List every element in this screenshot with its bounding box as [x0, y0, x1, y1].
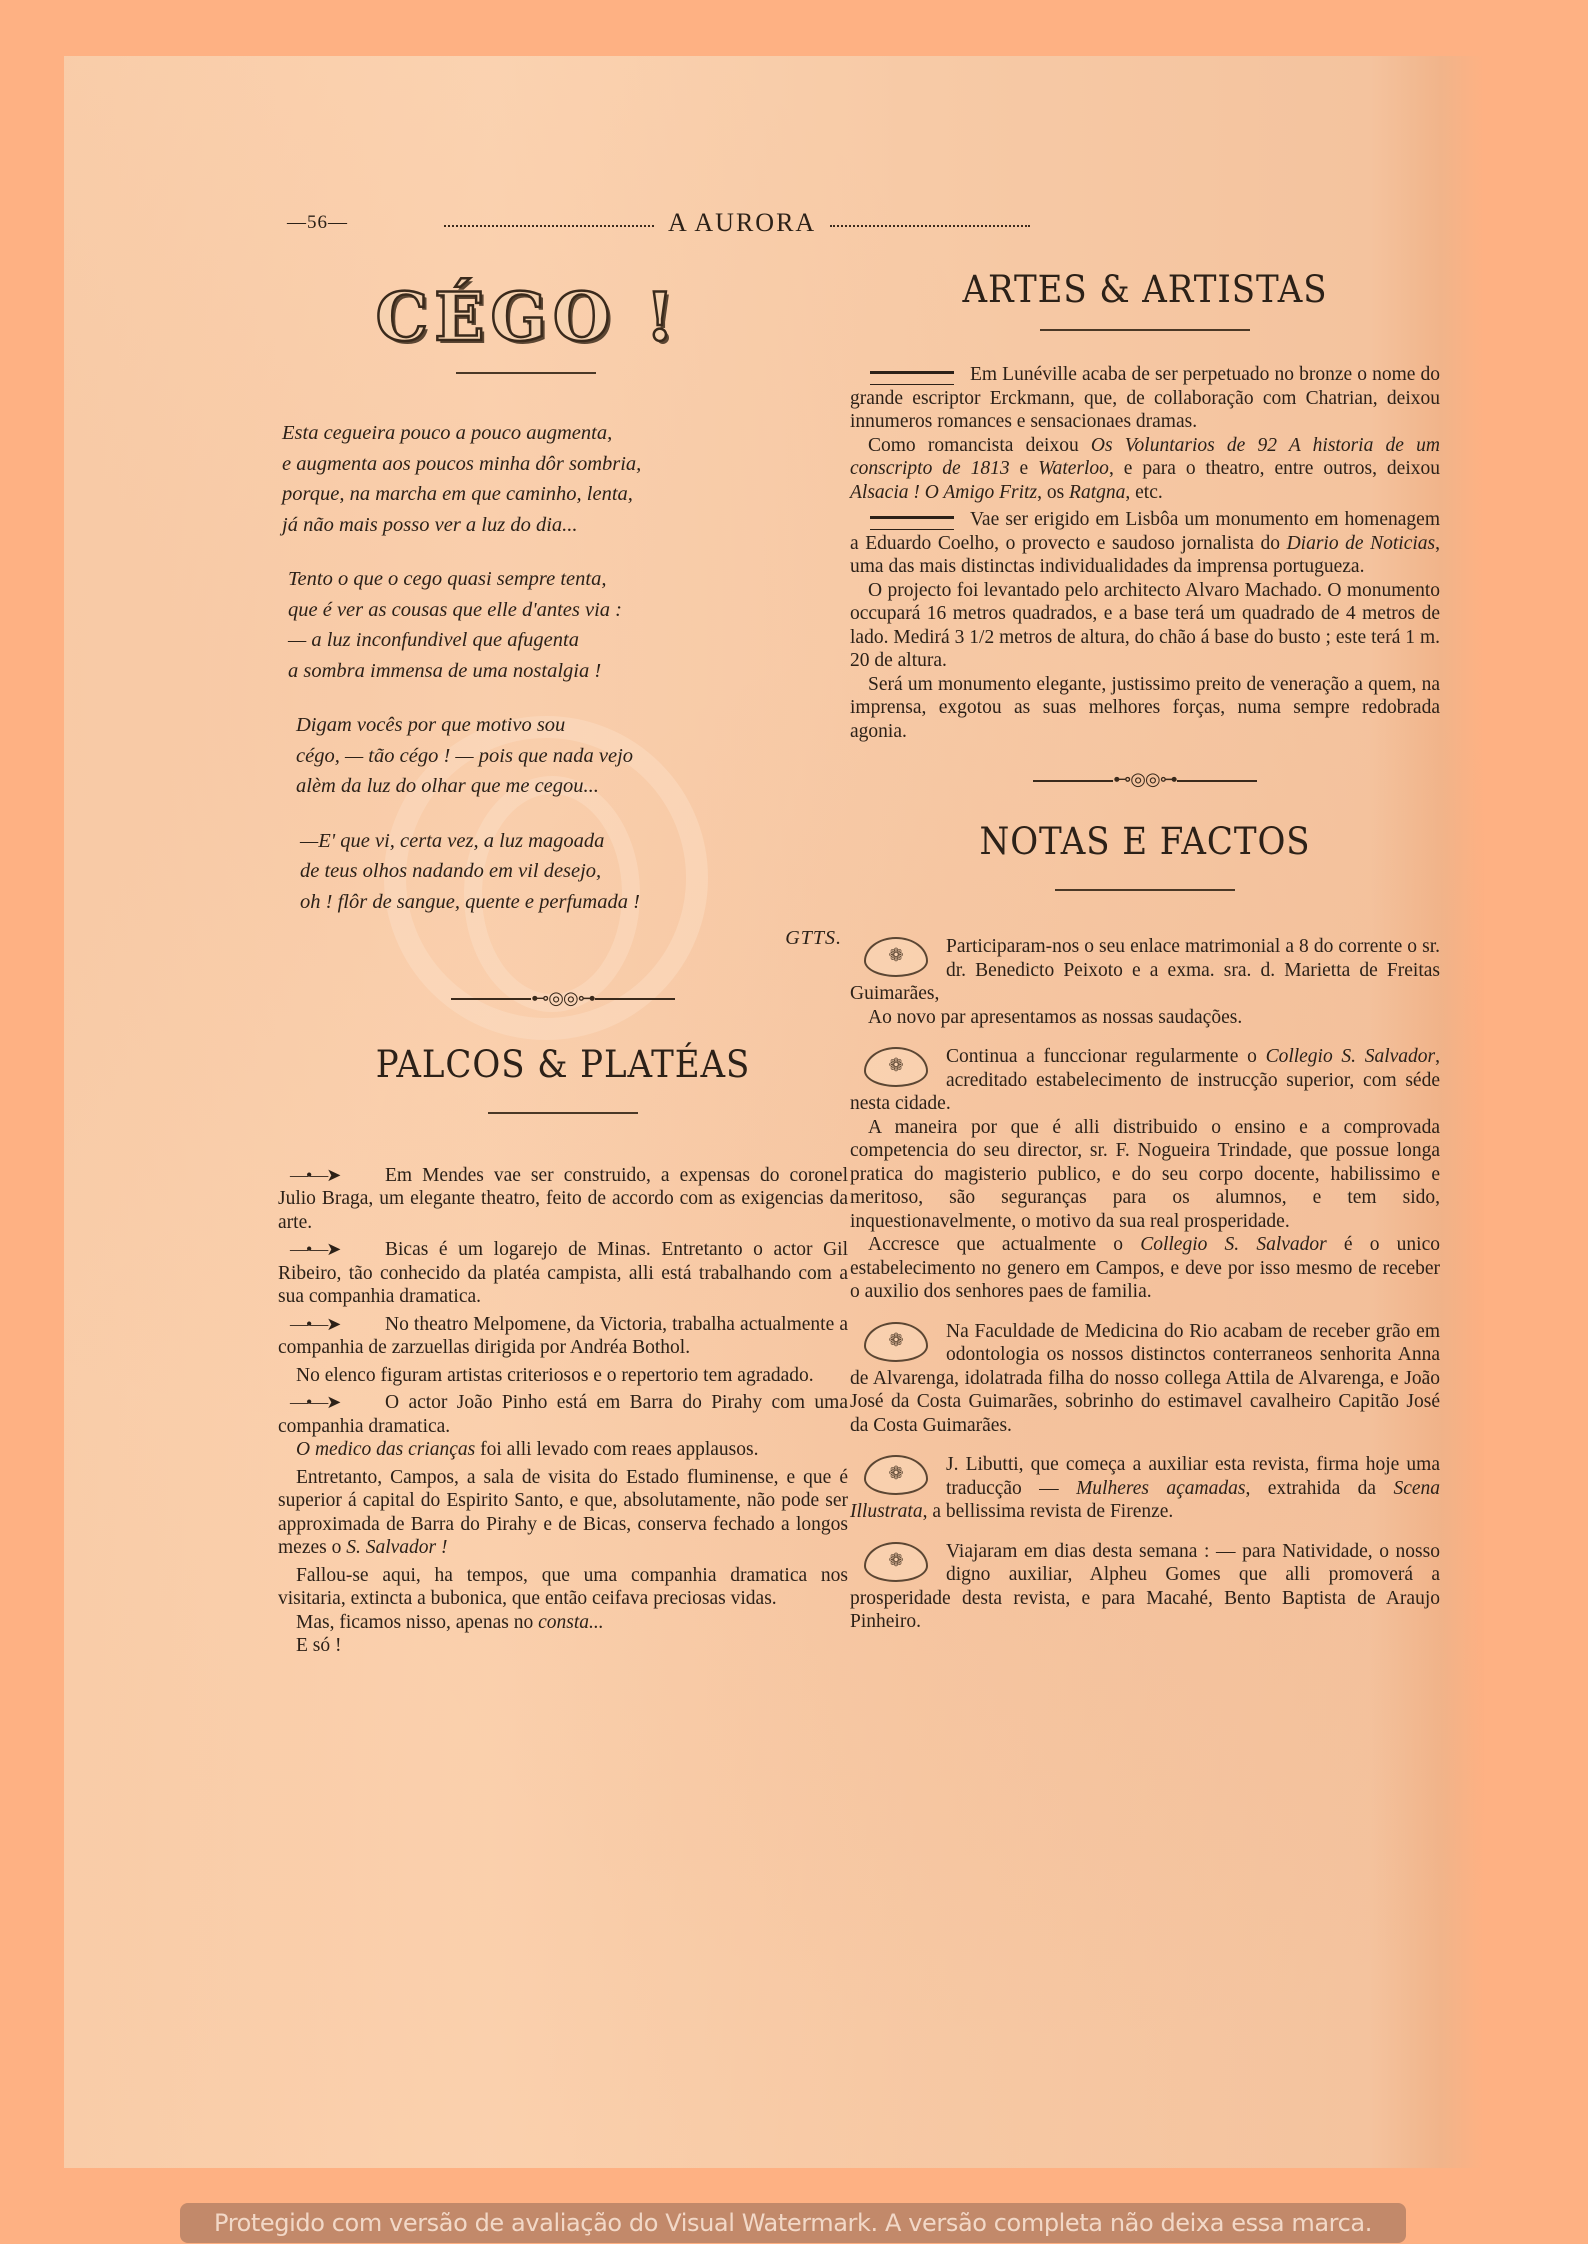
- poem: Esta cegueira pouco a pouco augmenta, e …: [282, 418, 848, 954]
- header-rule-right: [830, 219, 1030, 227]
- arrow-icon: —•—➤: [290, 1164, 385, 1188]
- poem-line: —E' que vi, certa vez, a luz magoada: [300, 826, 848, 857]
- ornament-icon: ❁: [864, 937, 928, 977]
- ornamental-divider: ⊷◎◎⊶: [850, 769, 1440, 790]
- dash-ornament-icon: [870, 371, 954, 385]
- divider: [1055, 889, 1235, 891]
- masthead-title: A AURORA: [668, 208, 816, 238]
- poem-line: que é ver as cousas que elle d'antes via…: [288, 595, 848, 626]
- poem-line: Esta cegueira pouco a pouco augmenta,: [282, 418, 848, 449]
- ornament-icon: ❁: [864, 1047, 928, 1087]
- ornament-icon: ❁: [864, 1455, 928, 1495]
- poem-stanza-1: Esta cegueira pouco a pouco augmenta, e …: [282, 418, 848, 540]
- poem-line: a sombra immensa de uma nostalgia !: [288, 656, 848, 687]
- right-column: ARTES & ARTISTAS Em Lunéville acaba de s…: [850, 262, 1440, 1650]
- ornamental-divider: ⊷◎◎⊶: [278, 988, 848, 1009]
- poem-line: Tento o que o cego quasi sempre tenta,: [288, 564, 848, 595]
- arrow-icon: —•—➤: [290, 1391, 385, 1415]
- palcos-item: —•—➤Bicas é um logarejo de Minas. Entret…: [278, 1238, 848, 1309]
- page-number: —56—: [287, 212, 348, 234]
- poem-line: de teus olhos nadando em vil desejo,: [300, 856, 848, 887]
- notas-item: ❁ Participaram-nos o seu enlace matrimon…: [850, 935, 1440, 1029]
- poem-line: alèm da luz do olhar que me cegou...: [296, 771, 848, 802]
- notas-item: ❁ Na Faculdade de Medicina do Rio acabam…: [850, 1320, 1440, 1438]
- ornament-icon: ⊷◎◎⊶: [531, 988, 594, 1008]
- notas-article: ❁ Participaram-nos o seu enlace matrimon…: [850, 935, 1440, 1634]
- poem-line: cégo, — tão cégo ! — pois que nada vejo: [296, 741, 848, 772]
- header-rule-left: [444, 219, 654, 227]
- dash-ornament-icon: [870, 516, 954, 530]
- section-title-notas: NOTAS E FACTOS: [874, 820, 1417, 863]
- palcos-item: —•—➤Em Mendes vae ser construido, a expe…: [278, 1164, 848, 1235]
- poem-line: oh ! flôr de sangue, quente e perfumada …: [300, 887, 848, 918]
- section-title-artes: ARTES & ARTISTAS: [874, 268, 1417, 311]
- page-header: —56— A AURORA: [287, 206, 1137, 240]
- notas-item: ❁ J. Libutti, que começa a auxiliar esta…: [850, 1453, 1440, 1524]
- left-column: CÉGO ! Esta cegueira pouco a pouco augme…: [278, 270, 848, 1662]
- poem-stanza-4: —E' que vi, certa vez, a luz magoada de …: [300, 826, 848, 918]
- poem-line: já não mais posso ver a luz do dia...: [282, 510, 848, 541]
- artes-item: Em Lunéville acaba de ser perpetuado no …: [850, 363, 1440, 504]
- palcos-article: —•—➤Em Mendes vae ser construido, a expe…: [278, 1164, 848, 1658]
- poem-line: e augmenta aos poucos minha dôr sombria,: [282, 449, 848, 480]
- ornament-icon: ⊷◎◎⊶: [1113, 769, 1176, 789]
- watermark-banner: Protegido com versão de avaliação do Vis…: [180, 2203, 1406, 2243]
- palcos-item: —•—➤O actor João Pinho está em Barra do …: [278, 1391, 848, 1658]
- poem-line: porque, na marcha em que caminho, lenta,: [282, 479, 848, 510]
- palcos-item: —•—➤No theatro Melpomene, da Victoria, t…: [278, 1313, 848, 1388]
- poem-title: CÉGO !: [318, 278, 738, 356]
- artes-article: Em Lunéville acaba de ser perpetuado no …: [850, 363, 1440, 743]
- poem-line: Digam vocês por que motivo sou: [296, 710, 848, 741]
- notas-item: ❁ Continua a funccionar regularmente o C…: [850, 1045, 1440, 1304]
- arrow-icon: —•—➤: [290, 1238, 385, 1262]
- poem-line: — a luz inconfundivel que afugenta: [288, 625, 848, 656]
- poem-stanza-3: Digam vocês por que motivo sou cégo, — t…: [296, 710, 848, 802]
- divider: [456, 372, 596, 374]
- arrow-icon: —•—➤: [290, 1313, 385, 1337]
- notas-item: ❁ Viajaram em dias desta semana : — para…: [850, 1540, 1440, 1634]
- poem-signature: GTTS.: [282, 923, 842, 954]
- poem-stanza-2: Tento o que o cego quasi sempre tenta, q…: [288, 564, 848, 686]
- artes-item: Vae ser erigido em Lisbôa um monumento e…: [850, 508, 1440, 743]
- section-title-palcos: PALCOS & PLATÉAS: [301, 1043, 825, 1086]
- divider: [488, 1112, 638, 1114]
- divider: [1040, 329, 1250, 331]
